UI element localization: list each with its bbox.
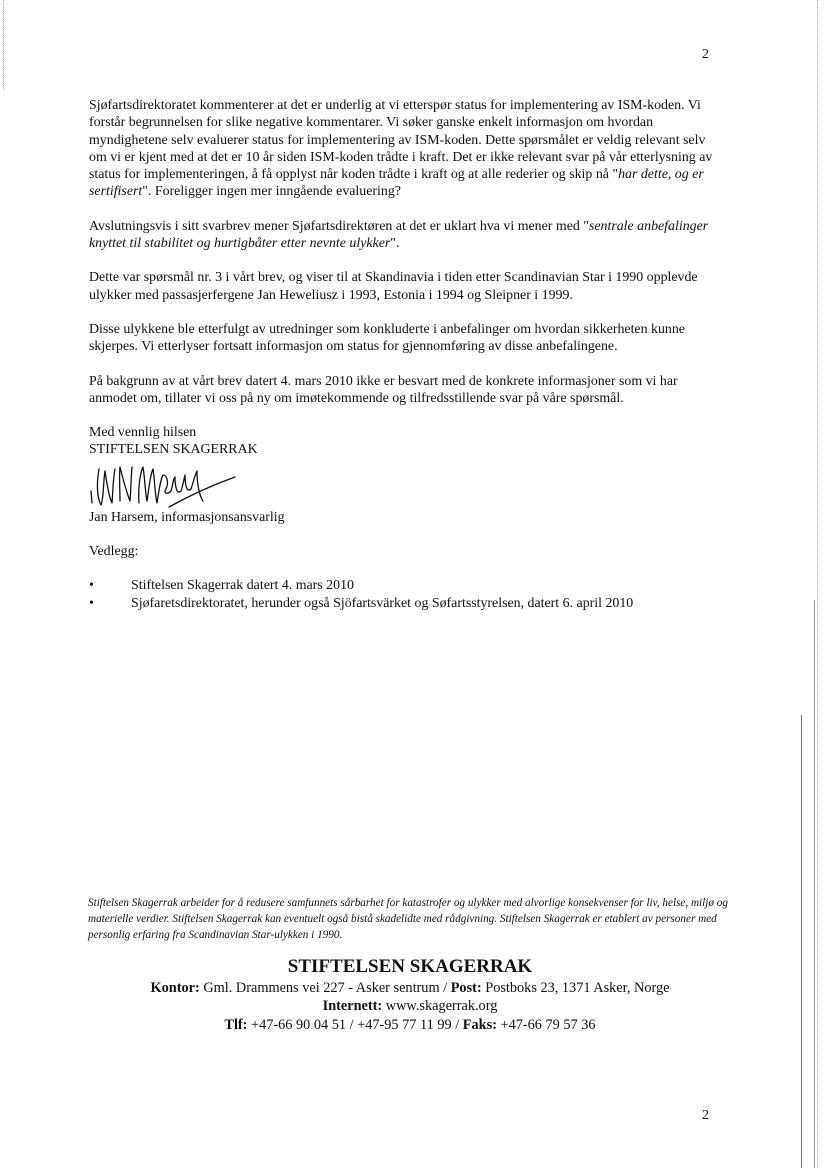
scan-edge-right — [817, 0, 818, 1168]
paragraph-investigations: Disse ulykkene ble etterfulgt av utredni… — [89, 321, 721, 356]
phone-numbers: +47-66 90 04 51 / +47-95 77 11 99 / — [247, 1017, 462, 1033]
foundation-mission-note: Stiftelsen Skagerrak arbeider for å redu… — [88, 895, 728, 943]
paragraph-ism-code: Sjøfartsdirektoratet kommenterer at det … — [89, 97, 721, 201]
text: ". — [390, 236, 399, 251]
label: Tlf: — [224, 1017, 247, 1033]
organization-signoff: STIFTELSEN SKAGERRAK — [89, 441, 721, 458]
label: Post: — [451, 980, 482, 996]
scan-edge-line — [801, 715, 802, 1168]
text: Avslutningsvis i sitt svarbrev mener Sjø… — [89, 219, 589, 234]
office-address: Gml. Drammens vei 227 - Asker sentrum / — [200, 980, 451, 996]
postal-address: Postboks 23, 1371 Asker, Norge — [482, 980, 670, 996]
closing: Med vennlig hilsen STIFTELSEN SKAGERRAK … — [89, 424, 721, 526]
paragraph-question-3: Dette var spørsmål nr. 3 i vårt brev, og… — [89, 269, 721, 304]
page-number-bottom: 2 — [702, 1108, 709, 1124]
footer-address-line: Kontor: Gml. Drammens vei 227 - Asker se… — [80, 979, 740, 997]
handwritten-signature — [87, 461, 247, 509]
signer-name: Jan Harsem, informasjonsansvarlig — [89, 509, 721, 526]
letterhead-footer: STIFTELSEN SKAGERRAK Kontor: Gml. Dramme… — [80, 955, 740, 1034]
footer-phone-line: Tlf: +47-66 90 04 51 / +47-95 77 11 99 /… — [80, 1016, 740, 1034]
text: ". Foreligger ingen mer inngående evalue… — [142, 184, 401, 199]
label: Faks: — [463, 1017, 497, 1033]
attachment-item: Stiftelsen Skagerrak datert 4. mars 2010 — [89, 577, 721, 594]
label: Kontor: — [151, 980, 200, 996]
paragraph-recommendations: Avslutningsvis i sitt svarbrev mener Sjø… — [89, 218, 721, 253]
page-number-top: 2 — [702, 47, 709, 63]
letter-body: Sjøfartsdirektoratet kommenterer at det … — [89, 97, 721, 612]
scan-edge-line — [814, 600, 815, 1168]
attachment-item: Sjøfaretsdirektoratet, herunder også Sjö… — [89, 595, 721, 612]
website-link[interactable]: www.skagerrak.org — [382, 998, 497, 1014]
fax-number: +47-66 79 57 36 — [497, 1017, 596, 1033]
greeting: Med vennlig hilsen — [89, 424, 721, 441]
attachments-label: Vedlegg: — [89, 543, 721, 560]
attachments-list: Stiftelsen Skagerrak datert 4. mars 2010… — [89, 577, 721, 612]
label: Internett: — [323, 998, 383, 1014]
scan-edge-left — [3, 0, 4, 90]
paragraph-request: På bakgrunn av at vårt brev datert 4. ma… — [89, 373, 721, 408]
footer-org-name: STIFTELSEN SKAGERRAK — [80, 955, 740, 979]
footer-internet-line: Internett: www.skagerrak.org — [80, 997, 740, 1015]
